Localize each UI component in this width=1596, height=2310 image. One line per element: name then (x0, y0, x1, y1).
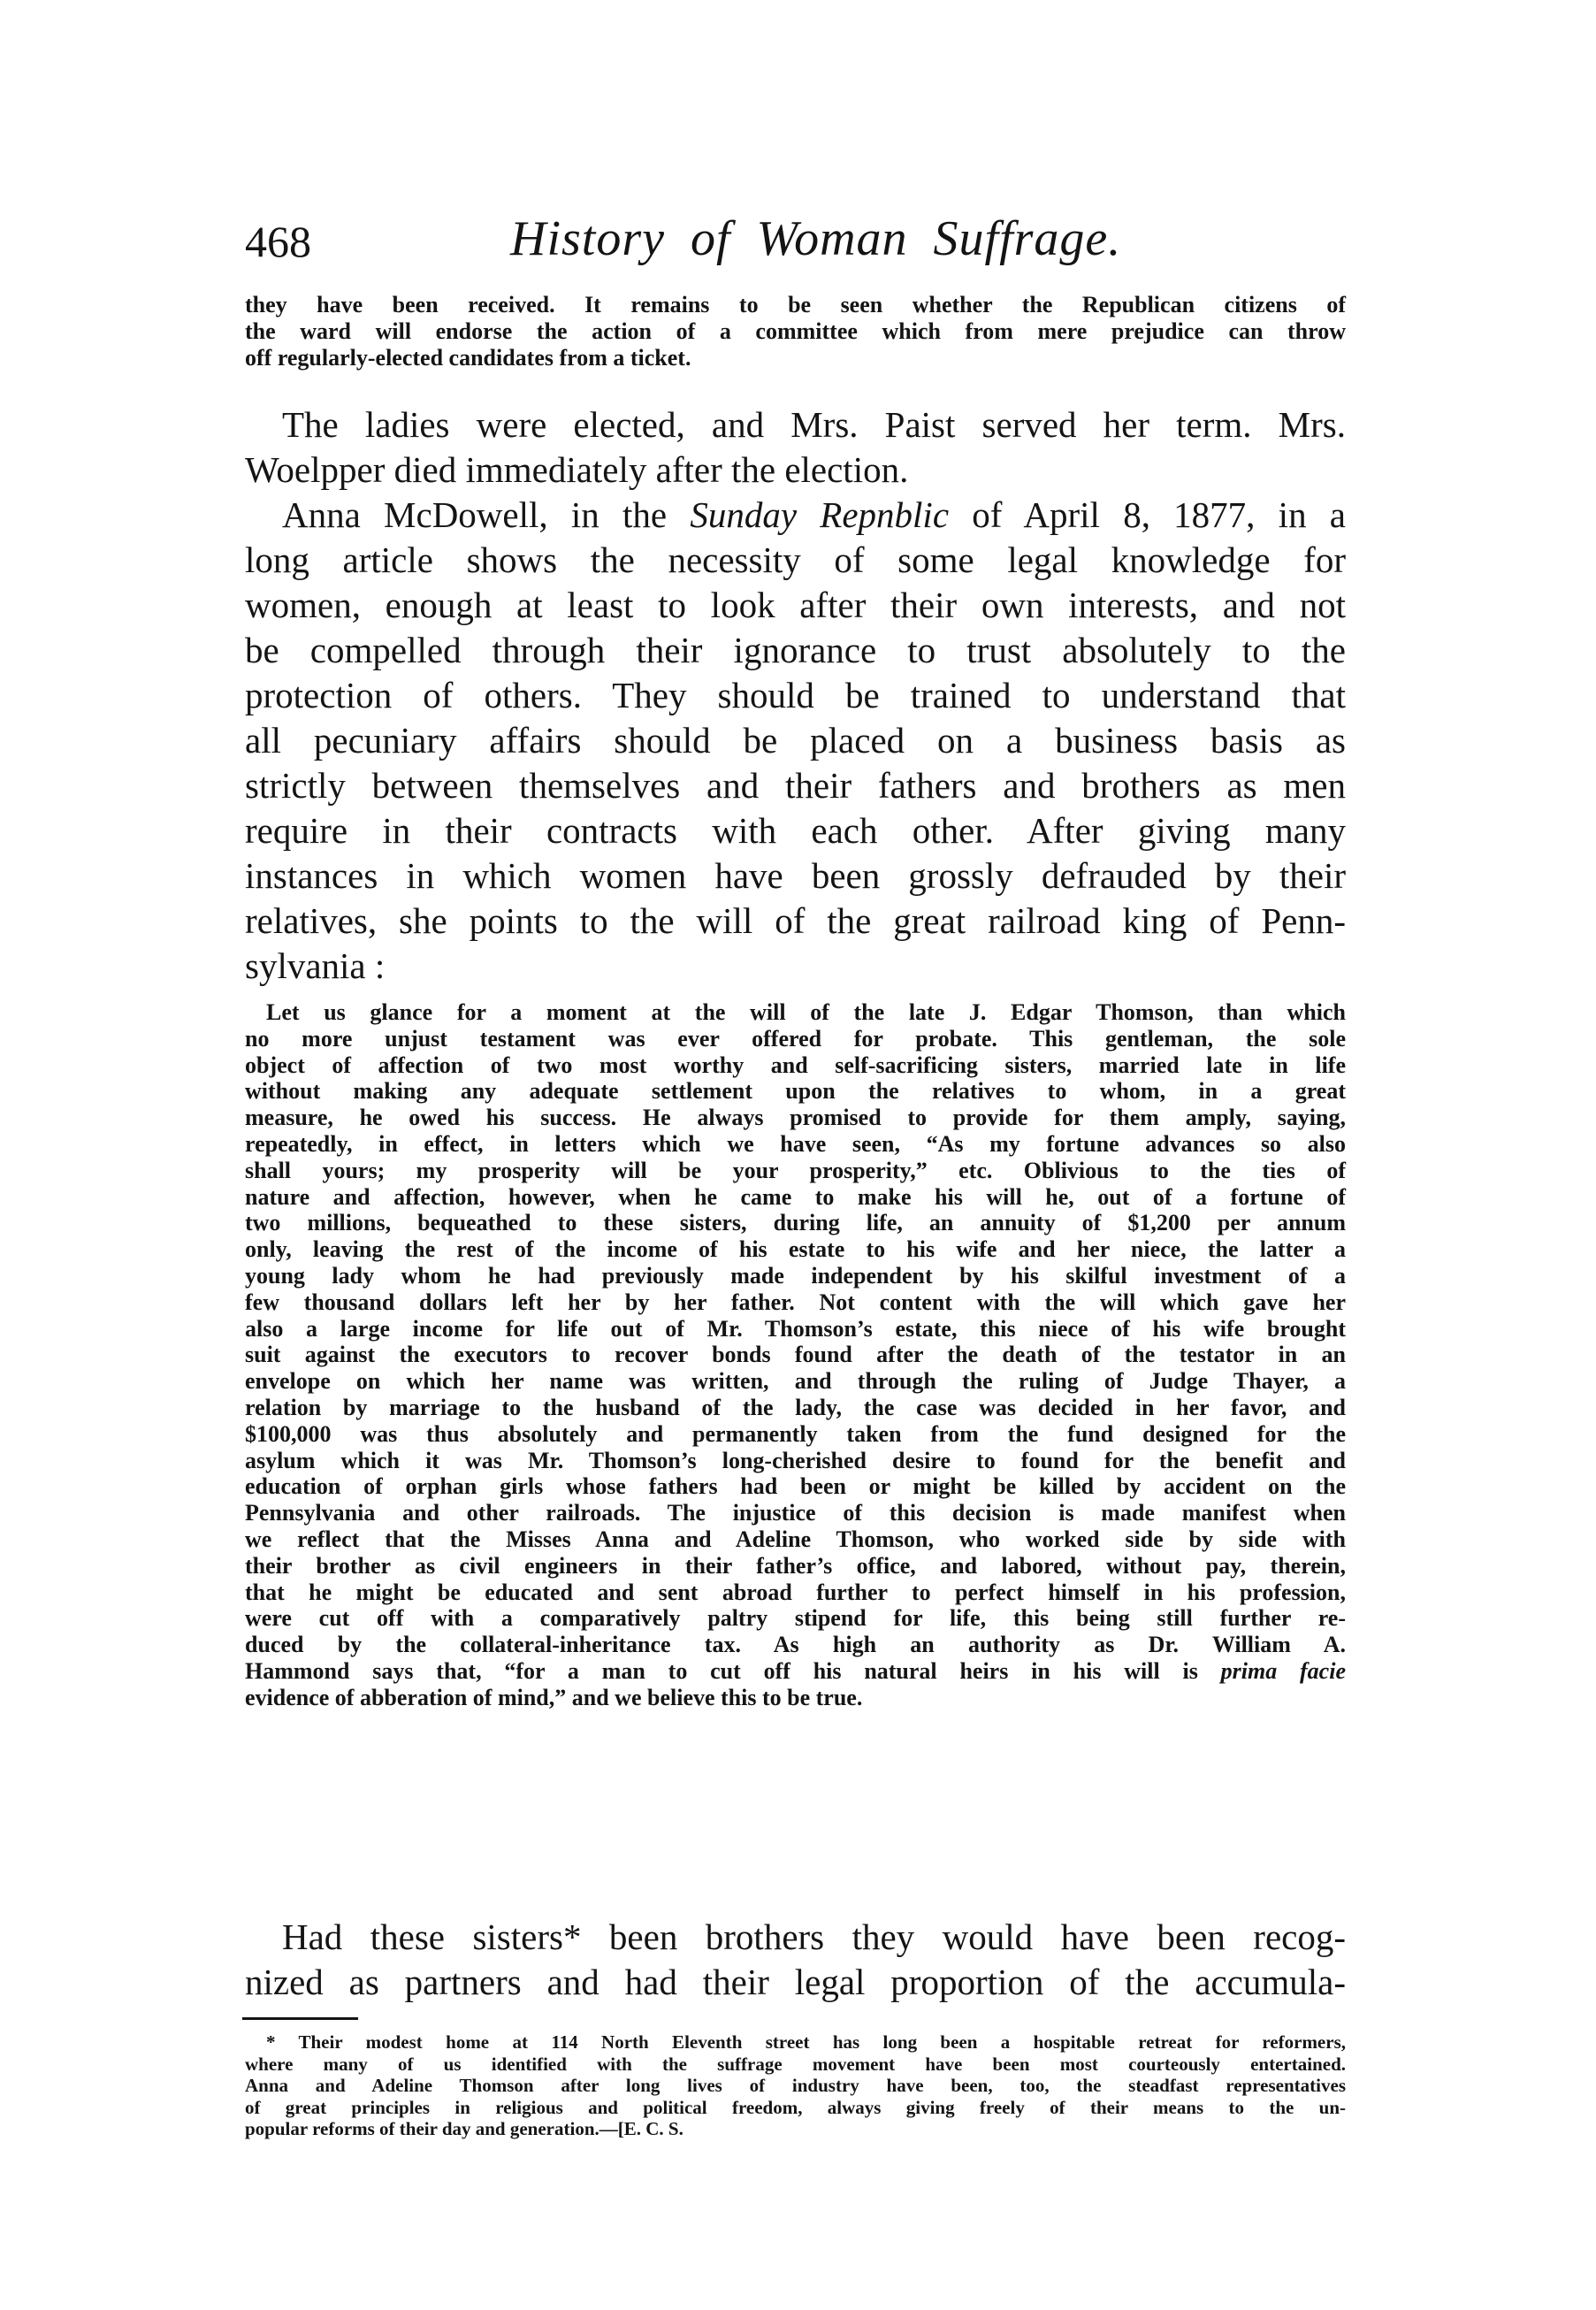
text-line: object of affection of two most worthy a… (245, 1052, 1346, 1079)
footnote-line: * Their modest home at 114 North Elevent… (245, 2031, 1346, 2054)
running-head: 468 History of Woman Suffrage. (245, 210, 1346, 272)
text-line: Let us glance for a moment at the will o… (245, 999, 1346, 1026)
text-line: evidence of abberation of mind,” and we … (245, 1685, 1346, 1711)
text-segment: of April 8, 1877, in a (949, 494, 1346, 535)
text-line: no more unjust testament was ever offere… (245, 1026, 1346, 1052)
text-line: off regularly-elected candidates from a … (245, 345, 1346, 371)
text-line: sylvania : (245, 944, 1346, 989)
text-segment: Anna McDowell, in the (282, 494, 690, 535)
text-line: protection of others. They should be tra… (245, 673, 1346, 718)
text-line: strictly between themselves and their fa… (245, 763, 1346, 808)
text-line: two millions, bequeathed to these sister… (245, 1210, 1346, 1236)
footnote-line: popular reforms of their day and generat… (245, 2118, 1346, 2140)
text-line: nature and affection, however, when he c… (245, 1184, 1346, 1211)
text-line: be compelled through their ignorance to … (245, 628, 1346, 673)
text-line: $100,000 was thus absolutely and permane… (245, 1421, 1346, 1448)
text-line-with-italic: Anna McDowell, in the Sunday Repnblic of… (245, 493, 1346, 538)
text-line: asylum which it was Mr. Thomson’s long-c… (245, 1448, 1346, 1474)
text-line: only, leaving the rest of the income of … (245, 1236, 1346, 1263)
text-line: that he might be educated and sent abroa… (245, 1580, 1346, 1606)
text-line: require in their contracts with each oth… (245, 808, 1346, 853)
footnote-divider (242, 2017, 358, 2020)
text-line: without making any adequate settlement u… (245, 1078, 1346, 1105)
text-line: education of orphan girls whose fathers … (245, 1473, 1346, 1500)
text-line: relation by marriage to the husband of t… (245, 1395, 1346, 1421)
text-line: envelope on which her name was written, … (245, 1368, 1346, 1395)
text-line: Woelpper died immediately after the elec… (245, 447, 1346, 493)
block-quote-thomson-will: Let us glance for a moment at the will o… (245, 999, 1346, 1711)
footnote-line: Anna and Adeline Thomson after long live… (245, 2075, 1346, 2097)
text-line: they have been received. It remains to b… (245, 292, 1346, 318)
text-line: measure, he owed his success. He always … (245, 1105, 1346, 1131)
text-line: nized as partners and had their legal pr… (245, 1960, 1346, 2005)
footnote-line: where many of us identified with the suf… (245, 2054, 1346, 2076)
footnote: * Their modest home at 114 North Elevent… (245, 2031, 1346, 2140)
paragraph-mcdowell: Anna McDowell, in the Sunday Repnblic of… (245, 493, 1346, 989)
text-line: long article shows the necessity of some… (245, 538, 1346, 583)
text-line: shall yours; my prosperity will be your … (245, 1158, 1346, 1184)
text-line: duced by the collateral-inheritance tax.… (245, 1632, 1346, 1658)
text-line: few thousand dollars left her by her fat… (245, 1289, 1346, 1316)
publication-title: Sunday Repnblic (690, 494, 949, 535)
text-line: relatives, she points to the will of the… (245, 899, 1346, 944)
text-line: Pennsylvania and other railroads. The in… (245, 1500, 1346, 1526)
text-line: were cut off with a comparatively paltry… (245, 1605, 1346, 1632)
footnote-line: of great principles in religious and pol… (245, 2097, 1346, 2119)
paragraph-election: The ladies were elected, and Mrs. Paist … (245, 402, 1346, 493)
text-line: Had these sisters* been brothers they wo… (245, 1915, 1346, 1960)
text-line: all pecuniary affairs should be placed o… (245, 718, 1346, 763)
text-line: instances in which women have been gross… (245, 853, 1346, 899)
latin-phrase: prima facie (1221, 1658, 1346, 1684)
text-line-with-italic: Hammond says that, “for a man to cut off… (245, 1658, 1346, 1685)
text-line: repeatedly, in effect, in letters which … (245, 1131, 1346, 1158)
text-line: young lady whom he had previously made i… (245, 1263, 1346, 1289)
text-segment: Hammond says that, “for a man to cut off… (245, 1658, 1221, 1684)
text-line: we reflect that the Misses Anna and Adel… (245, 1526, 1346, 1553)
text-line: suit against the executors to recover bo… (245, 1342, 1346, 1368)
running-title: History of Woman Suffrage. (510, 210, 1121, 267)
text-line: women, enough at least to look after the… (245, 583, 1346, 628)
text-line: The ladies were elected, and Mrs. Paist … (245, 402, 1346, 447)
text-line: also a large income for life out of Mr. … (245, 1316, 1346, 1342)
page-number: 468 (245, 216, 311, 267)
continued-quote: they have been received. It remains to b… (245, 292, 1346, 371)
text-line: their brother as civil engineers in thei… (245, 1553, 1346, 1580)
paragraph-sisters: Had these sisters* been brothers they wo… (245, 1915, 1346, 2005)
text-line: the ward will endorse the action of a co… (245, 318, 1346, 345)
